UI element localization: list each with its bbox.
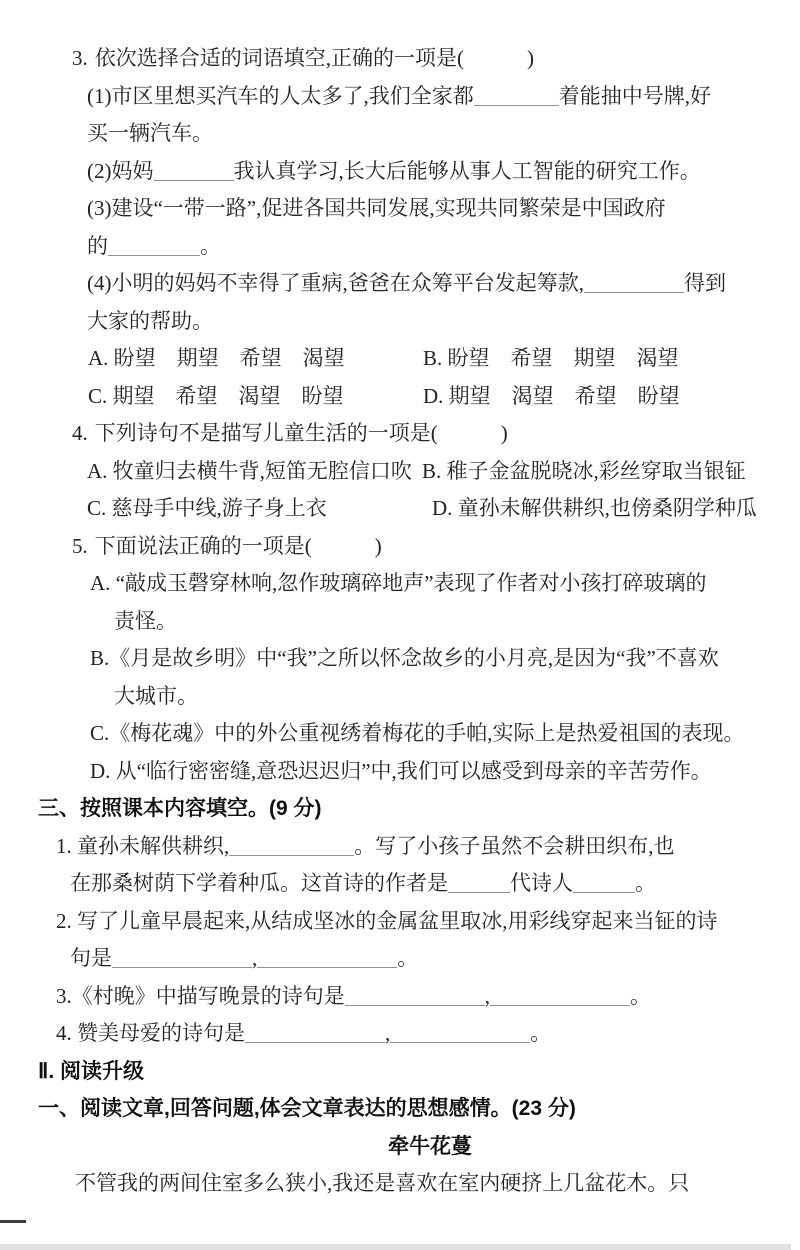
page-bottom-rule bbox=[0, 1244, 791, 1250]
q5-stem: 下面说法正确的一项是( ) bbox=[95, 534, 382, 558]
q5-number: 5. bbox=[72, 528, 88, 566]
q3-item3-cont-pre: 的 bbox=[87, 234, 108, 258]
fill-blank bbox=[108, 238, 200, 256]
q5-option-a-text: A. “敲成玉磬穿林响,忽作玻璃碎地声”表现了作者对小孩打碎玻璃的 bbox=[90, 571, 707, 595]
q5-option-c-text: C.《梅花魂》中的外公重视绣着梅花的手帕,实际上是热爱祖国的表现。 bbox=[90, 721, 745, 745]
q3-item3-text: (3)建设“一带一路”,促进各国共同发展,实现共同繁荣是中国政府 bbox=[87, 196, 666, 220]
q3-option-a: A. 盼望 期望 希望 渴望 bbox=[88, 340, 423, 378]
q5-option-b-line2: 大城市。 bbox=[0, 678, 800, 716]
q3-item1-cont: 买一辆汽车。 bbox=[87, 121, 213, 145]
q3-item1-line1: (1)市区里想买汽车的人太多了,我们全家都着能抽中号牌,好 bbox=[0, 78, 800, 116]
q5-option-d-text: D. 从“临行密密缝,意恐迟迟归”中,我们可以感受到母亲的辛苦劳作。 bbox=[90, 759, 712, 783]
fill-blank bbox=[490, 988, 630, 1006]
page-content: 3.依次选择合适的词语填空,正确的一项是( ) (1)市区里想买汽车的人太多了,… bbox=[0, 40, 800, 1203]
q3-stem-line: 3.依次选择合适的词语填空,正确的一项是( ) bbox=[0, 40, 800, 78]
sec3-item4-end: 。 bbox=[530, 1021, 551, 1045]
fill-blank bbox=[229, 838, 354, 856]
passage-line1-text: 不管我的两间住室多么狭小,我还是喜欢在室内硬挤上几盆花木。只 bbox=[75, 1171, 689, 1195]
sec3-item1-cont-end: 。 bbox=[635, 871, 656, 895]
q3-item2-text-pre: (2)妈妈 bbox=[87, 159, 154, 183]
q4-stem-line: 4.下列诗句不是描写儿童生活的一项是( ) bbox=[0, 415, 800, 453]
q5-option-b-text: B.《月是故乡明》中“我”之所以怀念故乡的小月亮,是因为“我”不喜欢 bbox=[90, 646, 719, 670]
worksheet-page: { "sec2": { "q3": { "number": "3.", "ste… bbox=[0, 0, 800, 1250]
fill-blank bbox=[245, 1025, 385, 1043]
sec3-item1-line1: 1. 童孙未解供耕织,。写了小孩子虽然不会耕田织布,也 bbox=[0, 828, 800, 866]
q3-item4-line1: (4)小明的妈妈不幸得了重病,爸爸在众筹平台发起筹款,得到 bbox=[0, 265, 800, 303]
reading-instruction: 一、阅读文章,回答问题,体会文章表达的思想感情。(23 分) bbox=[0, 1090, 800, 1128]
q3-option-b: B. 盼望 希望 期望 渴望 bbox=[423, 346, 679, 370]
q3-option-d: D. 期望 渴望 希望 盼望 bbox=[423, 384, 680, 408]
fill-blank bbox=[390, 1025, 530, 1043]
q4-stem: 下列诗句不是描写儿童生活的一项是( ) bbox=[95, 421, 508, 445]
q3-item4-cont: 大家的帮助。 bbox=[87, 309, 213, 333]
fill-blank bbox=[584, 275, 684, 293]
q3-options-row2: C. 期望 希望 渴望 盼望D. 期望 渴望 希望 盼望 bbox=[0, 378, 800, 416]
q3-item3-cont-post: 。 bbox=[200, 234, 221, 258]
sec3-item3-pre: 3.《村晚》中描写晚景的诗句是 bbox=[56, 984, 345, 1008]
q4-option-a: A. 牧童归去横牛背,短笛无腔信口吹 bbox=[87, 453, 422, 491]
passage-title-text: 牵牛花蔓 bbox=[388, 1135, 472, 1158]
q3-item2-text-post: 我认真学习,长大后能够从事人工智能的研究工作。 bbox=[234, 159, 701, 183]
sec3-item2-line1: 2. 写了儿童早晨起来,从结成坚冰的金属盆里取冰,用彩线穿起来当钲的诗 bbox=[0, 903, 800, 941]
q3-stem: 依次选择合适的词语填空,正确的一项是( ) bbox=[95, 46, 534, 70]
passage-title: 牵牛花蔓 bbox=[0, 1128, 800, 1166]
q4-option-c: C. 慈母手中线,游子身上衣 bbox=[87, 490, 432, 528]
q5-option-d-line: D. 从“临行密密缝,意恐迟迟归”中,我们可以感受到母亲的辛苦劳作。 bbox=[0, 753, 800, 791]
q4-number: 4. bbox=[72, 415, 88, 453]
fill-blank bbox=[474, 88, 559, 106]
q3-item3-line2: 的。 bbox=[0, 228, 800, 266]
sec3-item1-line2: 在那桑树荫下学着种瓜。这首诗的作者是代诗人。 bbox=[0, 865, 800, 903]
sec3-item1-cont-mid: 代诗人 bbox=[510, 871, 573, 895]
q3-item3-line1: (3)建设“一带一路”,促进各国共同发展,实现共同繁荣是中国政府 bbox=[0, 190, 800, 228]
q5-option-b-line1: B.《月是故乡明》中“我”之所以怀念故乡的小月亮,是因为“我”不喜欢 bbox=[0, 640, 800, 678]
fill-blank bbox=[345, 988, 485, 1006]
q3-item1-text-post: 着能抽中号牌,好 bbox=[559, 84, 711, 108]
q3-option-c: C. 期望 希望 渴望 盼望 bbox=[88, 378, 423, 416]
section3-heading-text: 三、按照课本内容填空。(9 分) bbox=[38, 797, 322, 820]
sec3-item3-line: 3.《村晚》中描写晚景的诗句是,。 bbox=[0, 978, 800, 1016]
q3-item4-text-post: 得到 bbox=[684, 271, 726, 295]
reading-instruction-text: 一、阅读文章,回答问题,体会文章表达的思想感情。(23 分) bbox=[38, 1097, 576, 1120]
section3-heading: 三、按照课本内容填空。(9 分) bbox=[0, 790, 800, 828]
q3-item4-text-pre: (4)小明的妈妈不幸得了重病,爸爸在众筹平台发起筹款, bbox=[87, 271, 584, 295]
sec3-item1-pre: 1. 童孙未解供耕织, bbox=[56, 834, 229, 858]
q5-option-b-cont: 大城市。 bbox=[114, 684, 198, 708]
q3-item1-text-pre: (1)市区里想买汽车的人太多了,我们全家都 bbox=[87, 84, 474, 108]
q5-option-c-line: C.《梅花魂》中的外公重视绣着梅花的手帕,实际上是热爱祖国的表现。 bbox=[0, 715, 800, 753]
q5-option-a-line2: 责怪。 bbox=[0, 603, 800, 641]
sec3-item1-post: 。写了小孩子虽然不会耕田织布,也 bbox=[354, 834, 674, 858]
fill-blank bbox=[257, 950, 397, 968]
q3-item2-line: (2)妈妈我认真学习,长大后能够从事人工智能的研究工作。 bbox=[0, 153, 800, 191]
fill-blank bbox=[112, 950, 252, 968]
sec3-item2-cont-end: 。 bbox=[397, 946, 418, 970]
q5-option-a-cont: 责怪。 bbox=[114, 609, 177, 633]
sec3-item2-cont-pre: 句是 bbox=[70, 946, 112, 970]
q5-option-a-line1: A. “敲成玉磬穿林响,忽作玻璃碎地声”表现了作者对小孩打碎玻璃的 bbox=[0, 565, 800, 603]
q4-option-d: D. 童孙未解供耕织,也傍桑阴学种瓜 bbox=[432, 496, 757, 520]
sec3-item2-text: 2. 写了儿童早晨起来,从结成坚冰的金属盆里取冰,用彩线穿起来当钲的诗 bbox=[56, 909, 718, 933]
sec3-item4-pre: 4. 赞美母爱的诗句是 bbox=[56, 1021, 245, 1045]
fill-blank bbox=[448, 875, 510, 893]
sec3-item3-end: 。 bbox=[630, 984, 651, 1008]
page-edge-dash bbox=[0, 1220, 26, 1223]
q4-options-row1: A. 牧童归去横牛背,短笛无腔信口吹B. 稚子金盆脱晓冰,彩丝穿取当银钲 bbox=[0, 453, 800, 491]
q5-stem-line: 5.下面说法正确的一项是( ) bbox=[0, 528, 800, 566]
sec3-item2-line2: 句是,。 bbox=[0, 940, 800, 978]
q3-item4-line2: 大家的帮助。 bbox=[0, 303, 800, 341]
part2-heading: Ⅱ. 阅读升级 bbox=[0, 1053, 800, 1091]
passage-line1: 不管我的两间住室多么狭小,我还是喜欢在室内硬挤上几盆花木。只 bbox=[0, 1165, 800, 1203]
fill-blank bbox=[154, 163, 234, 181]
q3-number: 3. bbox=[72, 40, 88, 78]
q3-item1-line2: 买一辆汽车。 bbox=[0, 115, 800, 153]
q4-option-b: B. 稚子金盆脱晓冰,彩丝穿取当银钲 bbox=[422, 459, 746, 483]
part2-heading-text: Ⅱ. 阅读升级 bbox=[38, 1060, 144, 1083]
q3-options-row1: A. 盼望 期望 希望 渴望B. 盼望 希望 期望 渴望 bbox=[0, 340, 800, 378]
q4-options-row2: C. 慈母手中线,游子身上衣D. 童孙未解供耕织,也傍桑阴学种瓜 bbox=[0, 490, 800, 528]
sec3-item4-line: 4. 赞美母爱的诗句是,。 bbox=[0, 1015, 800, 1053]
sec3-item1-cont-pre: 在那桑树荫下学着种瓜。这首诗的作者是 bbox=[70, 871, 448, 895]
fill-blank bbox=[573, 875, 635, 893]
